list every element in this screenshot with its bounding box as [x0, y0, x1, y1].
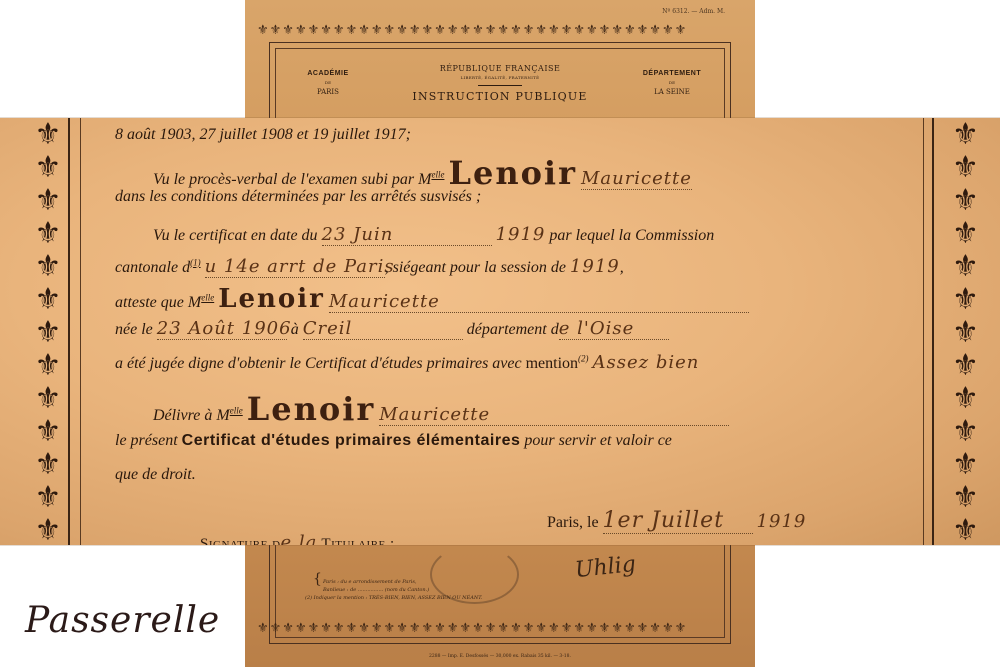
body-line-droit: que de droit.: [115, 466, 885, 484]
firstname-handwritten-3: Mauricette: [379, 404, 729, 426]
arrondissement-handwritten: u 14e arrt de Paris: [205, 256, 385, 278]
body-line-proces-verbal: Vu le procès-verbal de l'examen subi par…: [153, 154, 885, 192]
body-line-commission: cantonale d(1) u 14e arrt de Paris, siég…: [115, 256, 885, 278]
left-frame-rule: [68, 118, 70, 545]
passerelle-watermark: Passerelle: [25, 600, 220, 641]
issue-year: 1919: [757, 511, 807, 532]
firstname-handwritten: Mauricette: [581, 168, 692, 190]
session-year: 1919: [570, 256, 620, 277]
birth-department-handwritten: e l'Oise: [559, 318, 669, 340]
body-line-birth: née le 23 Août 1906 à Creil département …: [115, 318, 885, 340]
surname-handwritten-3: Lenoir: [247, 390, 375, 428]
bottom-ornamental-border: ⚜⚜⚜⚜⚜⚜⚜⚜⚜⚜⚜⚜⚜⚜⚜⚜⚜⚜⚜⚜⚜⚜⚜⚜⚜⚜⚜⚜⚜⚜⚜⚜⚜⚜: [257, 622, 743, 636]
form-number: Nº 6312. — Adm. M.: [662, 8, 725, 15]
document-title: INSTRUCTION PUBLIQUE: [385, 90, 615, 103]
header-rule: [478, 85, 522, 86]
left-frame-rule-inner: [80, 118, 81, 545]
body-line-conditions: dans les conditions déterminées par les …: [115, 188, 885, 206]
header-academie: ACADÉMIE DE PARIS: [273, 70, 383, 96]
body-line-atteste: atteste que Melle Lenoir Mauricette: [115, 284, 885, 314]
surname-handwritten: Lenoir: [448, 154, 576, 192]
birth-town-handwritten: Creil: [303, 318, 463, 340]
printer-line: 2288 — Imp. E. Desfossés — 30,000 ex. Ra…: [245, 654, 755, 659]
header-republic: RÉPUBLIQUE FRANÇAISE LIBERTÉ, ÉGALITÉ, F…: [385, 64, 615, 103]
body-line-present: le présent Certificat d'études primaires…: [115, 432, 885, 450]
mention-handwritten: Assez bien: [593, 352, 700, 373]
zoomed-certificate-detail: ⚜⚜⚜⚜⚜⚜⚜⚜⚜⚜⚜⚜⚜ ⚜⚜⚜⚜⚜⚜⚜⚜⚜⚜⚜⚜⚜ 8 août 1903,…: [0, 118, 1000, 545]
birth-date-handwritten: 23 Août 1906: [157, 318, 287, 340]
right-frame-rule-inner: [923, 118, 924, 545]
right-ornamental-border: ⚜⚜⚜⚜⚜⚜⚜⚜⚜⚜⚜⚜⚜: [933, 118, 998, 545]
footnotes: { Paris : du e arrondissement de Paris, …: [305, 578, 482, 602]
signature-label: Signature de la Titulaire :: [200, 532, 885, 545]
exam-date-handwritten: 23 Juin: [322, 224, 492, 246]
certificate-name: Certificat d'études primaires élémentair…: [182, 432, 521, 449]
place-and-date: Paris, le 1er Juillet 1919: [547, 508, 885, 534]
issue-date-handwritten: 1er Juillet: [603, 508, 753, 534]
body-line-decrees: 8 août 1903, 27 juillet 1908 et 19 juill…: [115, 126, 885, 144]
header-departement: DÉPARTEMENT DE LA SEINE: [617, 70, 727, 96]
firstname-handwritten-2: Mauricette: [329, 291, 749, 313]
body-line-certificat-date: Vu le certificat en date du 23 Juin 1919…: [153, 224, 885, 246]
body-line-mention: a été jugée digne d'obtenir le Certifica…: [115, 352, 885, 373]
brace-icon: {: [313, 575, 322, 583]
surname-handwritten-2: Lenoir: [218, 284, 325, 314]
exam-year: 1919: [496, 224, 546, 245]
top-ornamental-border: ⚜⚜⚜⚜⚜⚜⚜⚜⚜⚜⚜⚜⚜⚜⚜⚜⚜⚜⚜⚜⚜⚜⚜⚜⚜⚜⚜⚜⚜⚜⚜⚜⚜⚜: [257, 24, 743, 38]
body-line-delivre: Délivre à Melle Lenoir Mauricette: [153, 390, 885, 428]
